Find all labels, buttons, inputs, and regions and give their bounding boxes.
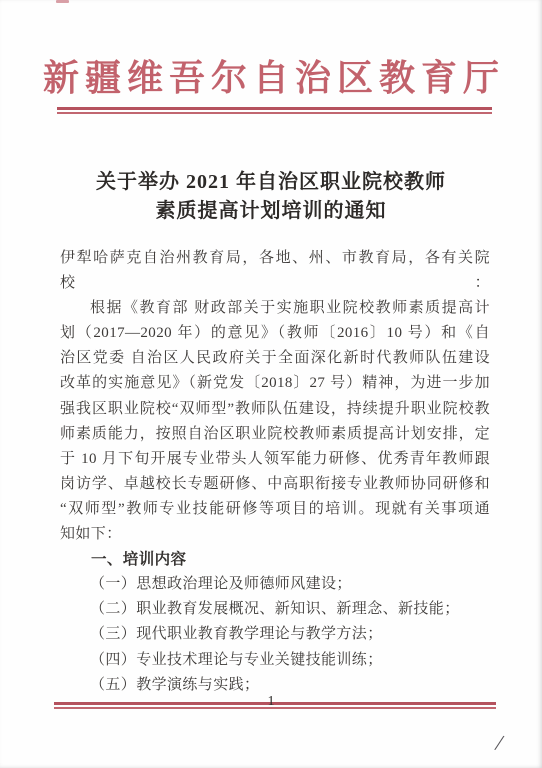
paragraph-line: 根据《教育部 财政部关于实施职业院校教师素质提高计 xyxy=(60,296,490,321)
title-line-1: 关于举办 2021 年自治区职业院校教师 xyxy=(0,168,542,197)
paragraph-line: 于 10 月下旬开展专业带头人领军能力研修、优秀青年教师跟 xyxy=(60,447,490,472)
list-item: （四）专业技术理论与专业关键技能训练； xyxy=(60,648,490,673)
paragraph-line: 划（2017—2020 年）的意见》（教师〔2016〕10 号）和《自 xyxy=(60,321,490,346)
paragraph-line: 治区党委 自治区人民政府关于全面深化新时代教师队伍建设 xyxy=(60,346,490,371)
document-body: 伊犁哈萨克自治州教育局，各地、州、市教育局，各有关院校： 根据《教育部 财政部关… xyxy=(60,246,490,698)
list-item: （三）现代职业教育教学理论与教学方法； xyxy=(60,622,490,647)
salutation: 伊犁哈萨克自治州教育局，各地、州、市教育局，各有关院校： xyxy=(60,246,490,296)
paragraph-line: “双师型”教师专业技能研修等项目的培训。现就有关事项通 xyxy=(60,497,490,522)
agency-name: 新疆维吾尔自治区教育厅 xyxy=(0,50,542,101)
footer-rule xyxy=(54,702,496,709)
footer-rule-thin xyxy=(54,707,496,709)
paragraph-line: 强我区职业院校“双师型”教师队伍建设，持续提升职业院校教 xyxy=(60,397,490,422)
list-item: （一）思想政治理论及师德师风建设； xyxy=(60,572,490,597)
paragraph-line: 改革的实施意见》（新党发〔2018〕27 号）精神，为进一步加 xyxy=(60,371,490,396)
list-item: （二）职业教育发展概况、新知识、新理念、新技能； xyxy=(60,597,490,622)
paragraph-line: 知如下： xyxy=(60,522,490,547)
opening-paragraph: 根据《教育部 财政部关于实施职业院校教师素质提高计划（2017—2020 年）的… xyxy=(60,296,490,547)
paragraph-line: 师素质能力，按照自治区职业院校教师素质提高计划安排，定 xyxy=(60,422,490,447)
paragraph-line: 岗访学、卓越校长专题研修、中高职衔接专业教师协同研修和 xyxy=(60,472,490,497)
document-title: 关于举办 2021 年自治区职业院校教师 素质提高计划培训的通知 xyxy=(0,168,542,226)
page-number: 1 xyxy=(268,692,275,712)
letterhead-rule xyxy=(57,107,492,114)
document-page: 新疆维吾尔自治区教育厅 关于举办 2021 年自治区职业院校教师 素质提高计划培… xyxy=(0,0,542,768)
scan-artifact-mark xyxy=(56,0,69,3)
title-line-2: 素质提高计划培训的通知 xyxy=(0,197,542,226)
letterhead-rule-thin xyxy=(57,112,492,114)
handwritten-page-mark: / xyxy=(495,730,504,756)
training-content-list: （一）思想政治理论及师德师风建设；（二）职业教育发展概况、新知识、新理念、新技能… xyxy=(60,572,490,697)
list-item: （五）教学演练与实践； xyxy=(60,673,490,698)
section-heading-training-content: 一、培训内容 xyxy=(60,547,490,572)
